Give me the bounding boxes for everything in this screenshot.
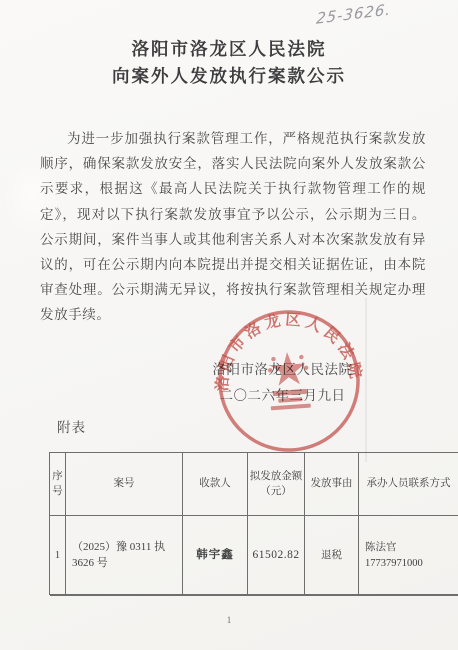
table-header-contact: 承办人员联系方式	[359, 453, 458, 516]
paper-crease	[365, 298, 367, 462]
seal-outer-ring	[215, 307, 362, 454]
national-emblem-icon	[267, 351, 311, 411]
official-red-seal: 洛阳市洛龙区人民法院	[209, 301, 369, 461]
table-row-payee: 韩宇鑫	[183, 516, 248, 596]
attachment-table-label: 附表	[57, 416, 86, 436]
page-number: 1	[0, 615, 458, 625]
table-row-index: 1	[50, 516, 66, 596]
title-line-court: 洛阳市洛龙区人民法院	[0, 36, 458, 63]
seal-arc-text: 洛阳市洛龙区人民法院	[209, 305, 367, 393]
announcement-body: 为进一步加强执行案款管理工作，严格规范执行案款发放顺序，确保案款发放安全，落实人…	[40, 126, 426, 328]
table-row-case-number: （2025）豫 0311 执 3626 号	[66, 516, 183, 596]
table-header-amount: 拟发放金额（元）	[248, 453, 305, 516]
contact-officer-name: 陈法官	[365, 540, 397, 555]
document-title: 洛阳市洛龙区人民法院 向案外人发放执行案款公示	[0, 36, 458, 90]
table-header-payee: 收款人	[183, 453, 248, 516]
scanned-document-page: 25-3626. 洛阳市洛龙区人民法院 向案外人发放执行案款公示 为进一步加强执…	[0, 0, 458, 650]
table-row-reason: 退税	[305, 516, 359, 596]
table-header-reason: 发放事由	[305, 453, 359, 516]
handwritten-note: 25-3626.	[315, 0, 391, 28]
contact-phone-number: 17737971000	[365, 556, 423, 571]
table-header-index: 序号	[50, 453, 66, 516]
case-funds-table: 序号 案号 收款人 拟发放金额（元） 发放事由 承办人员联系方式 1 （2025…	[49, 452, 458, 595]
table-row-contact: 陈法官 17737971000	[359, 516, 458, 596]
table-header-case-number: 案号	[66, 453, 183, 516]
title-line-subject: 向案外人发放执行案款公示	[0, 63, 458, 90]
table-row-amount: 61502.82	[248, 516, 305, 596]
